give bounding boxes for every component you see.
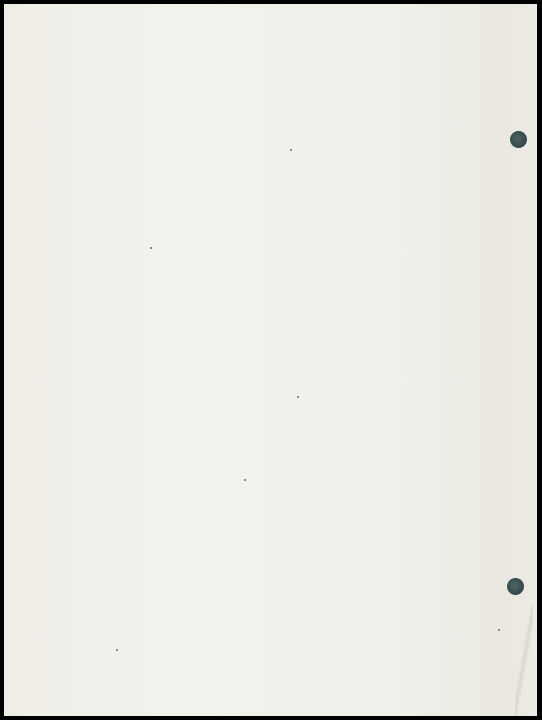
scan-speck (498, 629, 500, 631)
blank-page (4, 4, 537, 716)
scan-speck (290, 149, 292, 151)
page-crease (515, 606, 533, 716)
scan-speck (297, 396, 299, 398)
punch-hole-bottom (507, 578, 524, 595)
scan-speck (244, 479, 246, 481)
scan-speck (116, 649, 118, 651)
scan-speck (150, 247, 152, 249)
punch-hole-top (510, 131, 527, 148)
